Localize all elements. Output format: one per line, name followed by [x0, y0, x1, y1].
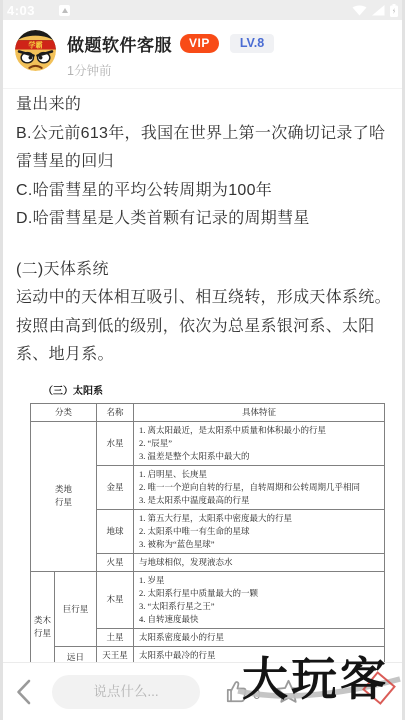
back-button[interactable]	[14, 677, 34, 707]
svg-text:学霸: 学霸	[28, 40, 43, 49]
body-line: D.哈雷彗星是人类首颗有记录的周期彗星	[16, 205, 389, 234]
section-heading: (二)天体系统	[16, 256, 389, 285]
post-timestamp: 1分钟前	[67, 61, 274, 79]
favorite-button[interactable]	[275, 678, 302, 705]
like-count: 0	[253, 687, 261, 702]
bottom-bar: 0	[0, 662, 405, 720]
category-cell: 类木行星	[34, 614, 51, 640]
body-line: B.公元前613年，我国在世界上第一次确切记录了哈	[16, 120, 389, 149]
wifi-icon	[352, 5, 367, 16]
thumbs-up-icon	[224, 679, 250, 705]
comment-input[interactable]	[52, 675, 200, 709]
planet-name: 金星	[97, 465, 134, 509]
status-icons	[352, 4, 398, 17]
avatar[interactable]: 学霸	[15, 30, 56, 71]
vip-badge: VIP	[180, 34, 219, 53]
status-bar: 4:03	[0, 0, 405, 20]
table-row: 类木行星 巨行星 木星 1. 岁星 2. 太阳系行星中质量最大的一颗 3. “太…	[31, 571, 385, 628]
body-line: C.哈雷彗星的平均公转周期为100年	[16, 177, 389, 206]
planet-features: 1. 岁星 2. 太阳系行星中质量最大的一颗 3. “太阳系行星之王” 4. 自…	[134, 571, 385, 628]
planet-name: 火星	[97, 553, 134, 571]
screen-edge-left	[0, 0, 3, 720]
planet-name: 地球	[97, 509, 134, 553]
planet-features: 1. 第五大行星，太阳系中密度最大的行星 2. 太阳系中唯一有生命的星球 3. …	[134, 509, 385, 553]
planet-features: 太阳系密度最小的行星	[134, 628, 385, 646]
post-header: 学霸 做题软件客服 VIP LV.8 1分钟前	[0, 20, 405, 89]
body-line: 运动中的天体相互吸引、相互绕转，形成天体系统。	[16, 284, 389, 313]
chevron-left-icon	[14, 677, 34, 707]
solar-system-table: 分类 名称 具体特征 类地行星 水星 1. 离太阳最近，是太阳系中质量和体积最小…	[30, 403, 385, 683]
username: 做题软件客服	[67, 31, 172, 56]
planet-features: 1. 启明星、长庚星 2. 唯一一个逆向自转的行星，自转周期和公转周期几乎相同 …	[134, 465, 385, 509]
like-button[interactable]: 0	[224, 679, 261, 705]
app-screen: 4:03 学霸	[0, 0, 405, 720]
col-header: 名称	[97, 403, 134, 421]
signal-icon	[372, 5, 385, 16]
col-header: 具体特征	[134, 403, 385, 421]
body-line: 按照由高到低的级别，依次为总星系银河系、太阳	[16, 313, 389, 342]
planet-name: 木星	[97, 571, 134, 628]
battery-icon	[390, 4, 398, 17]
star-icon	[275, 678, 302, 705]
col-header: 分类	[31, 403, 97, 421]
body-line: 雷彗星的回归	[16, 148, 389, 177]
planet-features: 与地球相似，发现液态水	[134, 553, 385, 571]
table-title: （三）太阳系	[30, 382, 385, 397]
level-badge: LV.8	[230, 34, 274, 53]
solar-system-table-image: （三）太阳系 分类 名称 具体特征 类地行星 水星 1. 离太阳最近，是太阳系中…	[30, 382, 385, 683]
notification-app-icon	[59, 5, 70, 16]
table-header-row: 分类 名称 具体特征	[31, 403, 385, 421]
body-line: 系、地月系。	[16, 341, 389, 370]
planet-name: 水星	[97, 421, 134, 465]
category-cell: 类地行星	[55, 483, 72, 509]
subcategory-cell: 巨行星	[55, 571, 97, 646]
post-body: 量出来的 B.公元前613年，我国在世界上第一次确切记录了哈 雷彗星的回归 C.…	[0, 89, 405, 370]
planet-name: 土星	[97, 628, 134, 646]
status-time: 4:03	[7, 3, 35, 18]
table-row: 类地行星 水星 1. 离太阳最近，是太阳系中质量和体积最小的行星 2. “辰星”…	[31, 421, 385, 465]
planet-features: 1. 离太阳最近，是太阳系中质量和体积最小的行星 2. “辰星” 3. 温差是整…	[134, 421, 385, 465]
body-line: 量出来的	[16, 91, 389, 120]
